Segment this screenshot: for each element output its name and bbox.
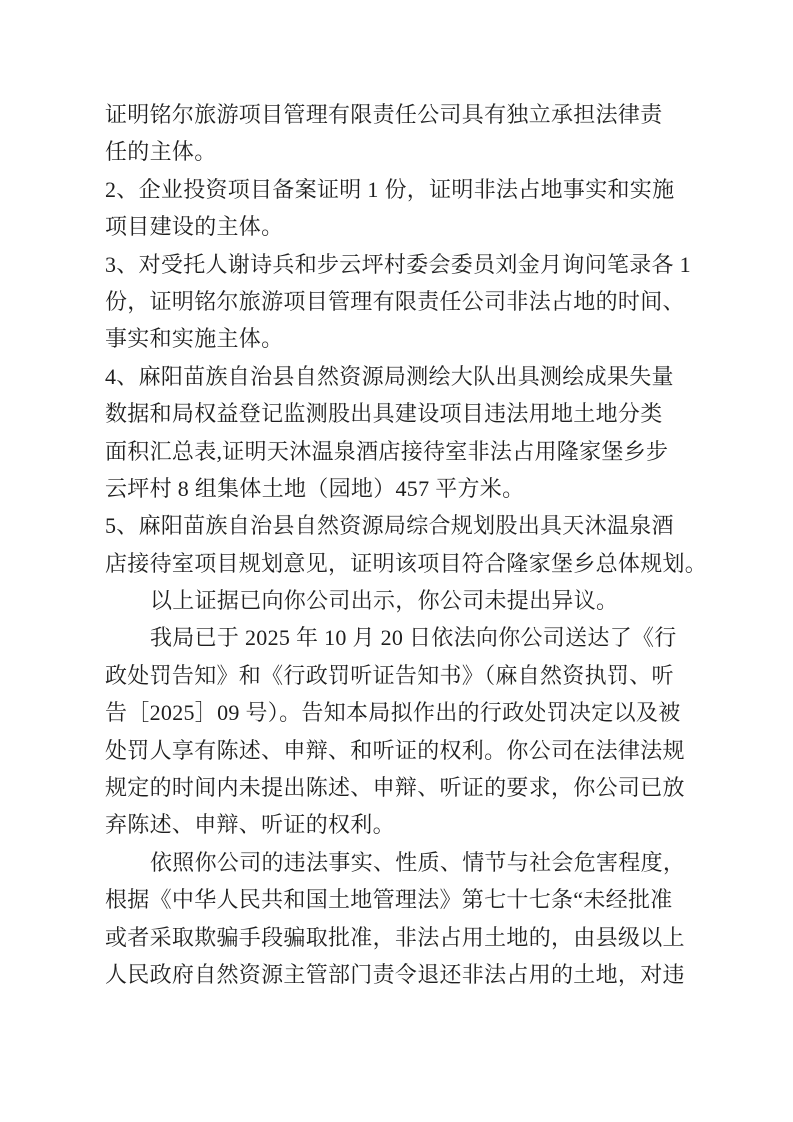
text-line: 规定的时间内未提出陈述、申辩、听证的要求，你公司已放	[105, 769, 687, 806]
text-line: 4、麻阳苗族自治县自然资源局测绘大队出具测绘成果失量	[105, 358, 687, 395]
text-line: 告［2025］09 号）。告知本局拟作出的行政处罚决定以及被	[105, 694, 687, 731]
text-line: 份，证明铭尔旅游项目管理有限责任公司非法占地的时间、	[105, 283, 687, 320]
text-line: 弃陈述、申辩、听证的权利。	[105, 806, 687, 843]
text-line: 政处罚告知》和《行政罚听证告知书》（麻自然资执罚、听	[105, 657, 687, 694]
text-line: 面积汇总表,证明天沐温泉酒店接待室非法占用隆家堡乡步	[105, 433, 687, 470]
text-line: 我局已于 2025 年 10 月 20 日依法向你公司送达了《行	[105, 619, 687, 656]
text-line: 人民政府自然资源主管部门责令退还非法占用的土地，对违	[105, 956, 687, 993]
text-line: 证明铭尔旅游项目管理有限责任公司具有独立承担法律责	[105, 96, 687, 133]
text-line: 任的主体。	[105, 133, 687, 170]
text-line: 处罚人享有陈述、申辩、和听证的权利。你公司在法律法规	[105, 732, 687, 769]
text-line: 事实和实施主体。	[105, 320, 687, 357]
text-line: 数据和局权益登记监测股出具建设项目违法用地土地分类	[105, 395, 687, 432]
text-line: 依照你公司的违法事实、性质、情节与社会危害程度，	[105, 844, 687, 881]
text-line: 云坪村 8 组集体土地（园地）457 平方米。	[105, 470, 687, 507]
text-line: 以上证据已向你公司出示，你公司未提出异议。	[105, 582, 687, 619]
text-line: 项目建设的主体。	[105, 208, 687, 245]
document-page: 证明铭尔旅游项目管理有限责任公司具有独立承担法律责任的主体。2、企业投资项目备案…	[0, 0, 793, 1122]
text-line: 店接待室项目规划意见，证明该项目符合隆家堡乡总体规划。	[105, 545, 687, 582]
text-line: 3、对受托人谢诗兵和步云坪村委会委员刘金月询问笔录各 1	[105, 246, 687, 283]
text-line: 或者采取欺骗手段骗取批准，非法占用土地的，由县级以上	[105, 919, 687, 956]
document-body: 证明铭尔旅游项目管理有限责任公司具有独立承担法律责任的主体。2、企业投资项目备案…	[105, 96, 687, 993]
text-line: 2、企业投资项目备案证明 1 份，证明非法占地事实和实施	[105, 171, 687, 208]
text-line: 5、麻阳苗族自治县自然资源局综合规划股出具天沐温泉酒	[105, 507, 687, 544]
text-line: 根据《中华人民共和国土地管理法》第七十七条“未经批准	[105, 881, 687, 918]
